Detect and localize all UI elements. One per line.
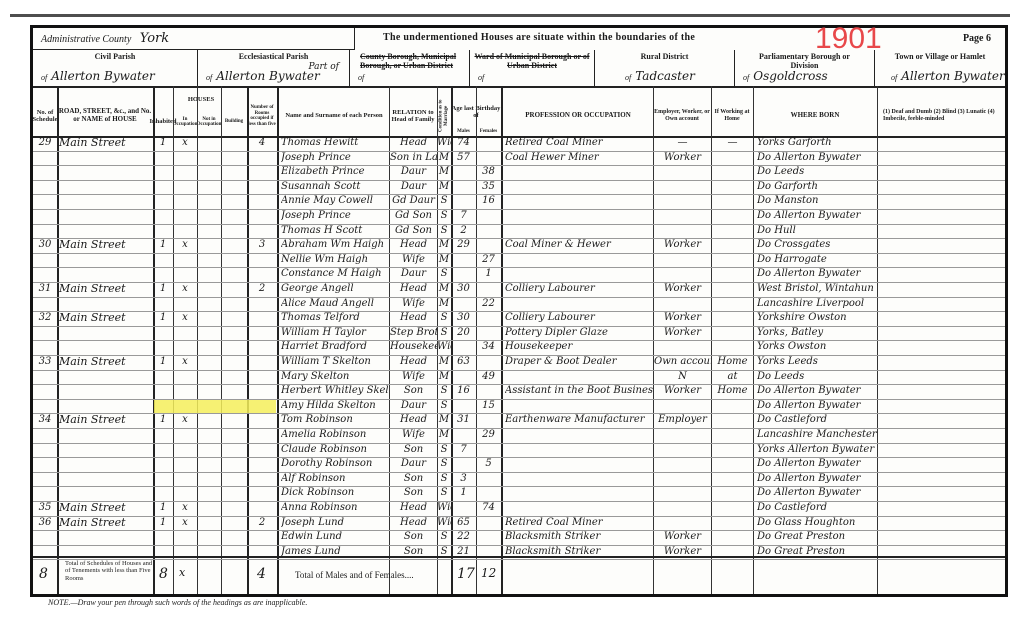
- cell-male-age: 16: [451, 384, 476, 399]
- cell-condition: M: [437, 151, 451, 166]
- cell-inhabited: 1: [153, 282, 173, 297]
- total-females: 12: [481, 566, 496, 580]
- cell-rooms: [247, 253, 277, 268]
- table-row: William H TaylorStep BrotherS20Pottery D…: [33, 326, 1005, 342]
- cell-occupation: Earthenware Manufacturer: [505, 413, 653, 428]
- cell-condition: M: [437, 370, 451, 385]
- cell-inhabited: [153, 297, 173, 312]
- cell-uninhab: [173, 253, 197, 268]
- cell-occupation: Colliery Labourer: [505, 282, 653, 297]
- cell-schedule: 33: [33, 355, 57, 370]
- cell-road: [59, 472, 153, 487]
- cell-name: William T Skelton: [281, 355, 389, 370]
- cell-road: [59, 486, 153, 501]
- county-borough-label: County Borough, Municipal Borough, or Ur…: [360, 52, 469, 70]
- cell-name: Anna Robinson: [281, 501, 389, 516]
- cell-male-age: 2: [451, 224, 476, 239]
- cell-male-age: [451, 165, 476, 180]
- cell-occupation: [505, 297, 653, 312]
- admin-county: Administrative County York: [33, 28, 355, 50]
- cell-uninhab: x: [173, 282, 197, 297]
- cell-occupation: [505, 486, 653, 501]
- table-row: Dick RobinsonSonS1Do Allerton Bywater: [33, 486, 1005, 502]
- cell-home: [712, 253, 753, 268]
- cell-home: [712, 340, 753, 355]
- table-row: Amy Hilda SkeltonDaurS15Do Allerton Bywa…: [33, 399, 1005, 415]
- table-row: 31Main Street1x2George AngellHeadM30Coll…: [33, 282, 1005, 298]
- cell-male-age: 7: [451, 209, 476, 224]
- cell-home: [712, 399, 753, 414]
- cell-male-age: [451, 428, 476, 443]
- cell-occupation: [505, 253, 653, 268]
- cell-employer: [654, 209, 711, 224]
- cell-born: Do Castleford: [757, 413, 877, 428]
- cell-name: Dorothy Robinson: [281, 457, 389, 472]
- cell-schedule: [33, 457, 57, 472]
- cell-relation: Gd Daur: [390, 194, 437, 209]
- cell-home: [712, 238, 753, 253]
- totals-row: 8 Total of Schedules of Houses and of Te…: [33, 556, 1005, 594]
- cell-male-age: 65: [451, 516, 476, 531]
- cell-male-age: 7: [451, 443, 476, 458]
- cell-uninhab: [173, 472, 197, 487]
- cell-male-age: [451, 194, 476, 209]
- cell-relation: Son in Law: [390, 151, 437, 166]
- cell-road: [59, 530, 153, 545]
- cell-condition: Widr: [437, 501, 451, 516]
- cell-road: Main Street: [59, 516, 153, 531]
- cell-inhabited: 1: [153, 311, 173, 326]
- cell-home: [712, 530, 753, 545]
- cell-born: Yorks Garforth: [757, 136, 877, 151]
- cell-name: Joseph Prince: [281, 209, 389, 224]
- cell-rooms: 3: [247, 238, 277, 253]
- cell-born: Do Allerton Bywater: [757, 472, 877, 487]
- cell-female-age: [476, 384, 501, 399]
- cell-occupation: [505, 457, 653, 472]
- cell-occupation: Assistant in the Boot Business: [505, 384, 653, 399]
- cell-home: [712, 165, 753, 180]
- cell-condition: Widr: [437, 340, 451, 355]
- cell-female-age: 1: [476, 267, 501, 282]
- cell-name: Elizabeth Prince: [281, 165, 389, 180]
- cell-uninhab: [173, 486, 197, 501]
- cell-schedule: [33, 472, 57, 487]
- table-row: Nellie Wm HaighWifeM27Do Harrogate: [33, 253, 1005, 269]
- cell-relation: Head: [390, 136, 437, 151]
- cell-road: [59, 340, 153, 355]
- cell-male-age: 22: [451, 530, 476, 545]
- cell-rooms: [247, 428, 277, 443]
- cell-schedule: [33, 151, 57, 166]
- table-row: Claude RobinsonSonS7Yorks Allerton Bywat…: [33, 443, 1005, 459]
- cell-uninhab: [173, 297, 197, 312]
- cell-born: Do Allerton Bywater: [757, 384, 877, 399]
- cell-relation: Head: [390, 501, 437, 516]
- cell-name: Amy Hilda Skelton: [281, 399, 389, 414]
- cell-born: Yorks, Batley: [757, 326, 877, 341]
- cell-rooms: [247, 194, 277, 209]
- table-row: Herbert Whitley SkeltonSonS16Assistant i…: [33, 384, 1005, 400]
- parliamentary-borough: Parliamentary Borough or Division ofOsgo…: [735, 50, 875, 86]
- cell-uninhab: [173, 370, 197, 385]
- cell-rooms: [247, 340, 277, 355]
- cell-occupation: Pottery Dipler Glaze: [505, 326, 653, 341]
- cell-male-age: [451, 370, 476, 385]
- of-label: of: [743, 73, 749, 82]
- cell-employer: [654, 399, 711, 414]
- cell-relation: Head: [390, 282, 437, 297]
- cell-female-age: [476, 355, 501, 370]
- header-houses: HOUSES: [153, 96, 249, 108]
- cell-road: [59, 253, 153, 268]
- cell-employer: Worker: [654, 326, 711, 341]
- cell-employer: [654, 472, 711, 487]
- cell-employer: N: [654, 370, 711, 385]
- ecclesiastical-parish-label: Ecclesiastical Parish: [198, 52, 349, 61]
- cell-inhabited: [153, 151, 173, 166]
- cell-schedule: 31: [33, 282, 57, 297]
- cell-rooms: [247, 370, 277, 385]
- cell-home: [712, 224, 753, 239]
- cell-relation: Head: [390, 238, 437, 253]
- cell-road: [59, 428, 153, 443]
- cell-uninhab: x: [173, 136, 197, 151]
- cell-road: [59, 209, 153, 224]
- cell-female-age: 74: [476, 501, 501, 516]
- cell-home: [712, 267, 753, 282]
- cell-schedule: [33, 326, 57, 341]
- cell-relation: Wife: [390, 297, 437, 312]
- cell-road: [59, 267, 153, 282]
- header-born: WHERE BORN: [753, 96, 877, 136]
- of-label: of: [41, 73, 47, 82]
- cell-employer: [654, 224, 711, 239]
- rural-district-value: Tadcaster: [635, 69, 695, 83]
- cell-male-age: [451, 457, 476, 472]
- cell-schedule: 29: [33, 136, 57, 151]
- cell-condition: S: [437, 224, 451, 239]
- cell-inhabited: [153, 486, 173, 501]
- header-employer: Employer, Worker, or Own account: [653, 96, 711, 136]
- cell-relation: Son: [390, 384, 437, 399]
- cell-name: Thomas Telford: [281, 311, 389, 326]
- cell-uninhab: [173, 165, 197, 180]
- cell-born: Do Allerton Bywater: [757, 151, 877, 166]
- table-row: Joseph PrinceGd SonS7Do Allerton Bywater: [33, 209, 1005, 225]
- table-row: 29Main Street1x4Thomas HewittHeadWidr74R…: [33, 136, 1005, 152]
- cell-male-age: 74: [451, 136, 476, 151]
- cell-born: Do Leeds: [757, 370, 877, 385]
- cell-road: [59, 180, 153, 195]
- cell-schedule: [33, 209, 57, 224]
- cell-home: [712, 457, 753, 472]
- cell-occupation: Coal Miner & Hewer: [505, 238, 653, 253]
- cell-born: Do Glass Houghton: [757, 516, 877, 531]
- cell-employer: [654, 267, 711, 282]
- cell-born: Yorkshire Owston: [757, 311, 877, 326]
- cell-rooms: [247, 457, 277, 472]
- cell-employer: —: [654, 136, 711, 151]
- column-headers: No. of Schedule ROAD, STREET, &c., and N…: [33, 96, 1005, 138]
- total-schedules-label: Total of Schedules of Houses and of Tene…: [65, 560, 155, 582]
- cell-rooms: [247, 297, 277, 312]
- cell-male-age: 1: [451, 486, 476, 501]
- cell-male-age: 30: [451, 282, 476, 297]
- cell-relation: Housekeeper: [390, 340, 437, 355]
- cell-born: Do Allerton Bywater: [757, 486, 877, 501]
- civil-parish-value: Allerton Bywater: [51, 69, 154, 83]
- header-males: Males: [451, 128, 476, 136]
- cell-uninhab: [173, 224, 197, 239]
- cell-home: [712, 413, 753, 428]
- table-row: Edwin LundSonS22Blacksmith StrikerWorker…: [33, 530, 1005, 546]
- cell-rooms: [247, 530, 277, 545]
- cell-uninhab: [173, 151, 197, 166]
- cell-relation: Head: [390, 311, 437, 326]
- cell-uninhab: x: [173, 501, 197, 516]
- rural-district: Rural District ofTadcaster: [595, 50, 735, 86]
- cell-female-age: 38: [476, 165, 501, 180]
- area-header: Civil Parish ofAllerton Bywater Ecclesia…: [33, 50, 1005, 88]
- boundary-text: The undermentioned Houses are situate wi…: [383, 32, 695, 43]
- cell-name: Joseph Prince: [281, 151, 389, 166]
- cell-inhabited: 1: [153, 501, 173, 516]
- cell-relation: Head: [390, 413, 437, 428]
- table-row: 33Main Street1xWilliam T SkeltonHeadM63D…: [33, 355, 1005, 371]
- cell-male-age: 30: [451, 311, 476, 326]
- cell-rooms: [247, 311, 277, 326]
- cell-uninhab: x: [173, 516, 197, 531]
- census-sheet: Administrative County York The underment…: [30, 25, 1008, 597]
- cell-road: [59, 399, 153, 414]
- cell-inhabited: [153, 370, 173, 385]
- cell-condition: M: [437, 165, 451, 180]
- cell-home: [712, 209, 753, 224]
- cell-female-age: [476, 443, 501, 458]
- header-home: If Working at Home: [711, 96, 753, 136]
- cell-relation: Gd Son: [390, 209, 437, 224]
- table-row: 32Main Street1xThomas TelfordHeadS30Coll…: [33, 311, 1005, 327]
- cell-uninhab: [173, 399, 197, 414]
- cell-employer: Own account: [654, 355, 711, 370]
- cell-inhabited: [153, 428, 173, 443]
- cell-name: Joseph Lund: [281, 516, 389, 531]
- cell-employer: Worker: [654, 311, 711, 326]
- of-label: of: [358, 73, 364, 82]
- cell-male-age: [451, 180, 476, 195]
- cell-female-age: [476, 516, 501, 531]
- cell-rooms: 4: [247, 136, 277, 151]
- cell-uninhab: [173, 457, 197, 472]
- cell-home: [712, 311, 753, 326]
- cell-inhabited: 1: [153, 355, 173, 370]
- cell-rooms: [247, 355, 277, 370]
- ward: Ward of Municipal Borough or of Urban Di…: [470, 50, 595, 86]
- header-building: Building: [221, 108, 247, 136]
- table-row: Susannah ScottDaurM35Do Garforth: [33, 180, 1005, 196]
- cell-born: Do Harrogate: [757, 253, 877, 268]
- cell-female-age: [476, 151, 501, 166]
- table-row: Amelia RobinsonWifeM29Lancashire Manches…: [33, 428, 1005, 444]
- cell-occupation: Retired Coal Miner: [505, 516, 653, 531]
- cell-uninhab: [173, 428, 197, 443]
- total-schedules: 8: [39, 566, 48, 582]
- cell-inhabited: [153, 165, 173, 180]
- cell-uninhab: [173, 267, 197, 282]
- cell-occupation: [505, 209, 653, 224]
- header-occupation: PROFESSION OR OCCUPATION: [503, 96, 653, 136]
- cell-occupation: [505, 472, 653, 487]
- cell-condition: M: [437, 238, 451, 253]
- cell-occupation: [505, 443, 653, 458]
- cell-male-age: [451, 501, 476, 516]
- cell-condition: S: [437, 311, 451, 326]
- cell-employer: [654, 297, 711, 312]
- admin-county-label: Administrative County: [41, 34, 131, 45]
- cell-female-age: [476, 326, 501, 341]
- cell-home: [712, 443, 753, 458]
- cell-rooms: 2: [247, 282, 277, 297]
- cell-born: West Bristol, Wintahun: [757, 282, 877, 297]
- cell-occupation: [505, 224, 653, 239]
- cell-female-age: 35: [476, 180, 501, 195]
- cell-name: Constance M Haigh: [281, 267, 389, 282]
- cell-condition: S: [437, 399, 451, 414]
- header-name: Name and Surname of each Person: [279, 96, 389, 136]
- cell-schedule: [33, 399, 57, 414]
- cell-condition: S: [437, 209, 451, 224]
- cell-employer: [654, 194, 711, 209]
- cell-male-age: 20: [451, 326, 476, 341]
- cell-inhabited: [153, 180, 173, 195]
- cell-born: Do Garforth: [757, 180, 877, 195]
- cell-name: William H Taylor: [281, 326, 389, 341]
- cell-road: [59, 457, 153, 472]
- cell-inhabited: [153, 267, 173, 282]
- header-inhabited: Inhabited: [153, 108, 173, 136]
- cell-born: Lancashire Liverpool: [757, 297, 877, 312]
- cell-female-age: 16: [476, 194, 501, 209]
- town-village-value: Allerton Bywater: [901, 69, 1004, 83]
- cell-rooms: 2: [247, 516, 277, 531]
- cell-condition: S: [437, 194, 451, 209]
- ward-label: Ward of Municipal Borough or of Urban Di…: [470, 52, 594, 70]
- cell-condition: M: [437, 180, 451, 195]
- total-rooms: 4: [257, 566, 266, 582]
- cell-born: Yorks Leeds: [757, 355, 877, 370]
- cell-name: Susannah Scott: [281, 180, 389, 195]
- cell-uninhab: x: [173, 413, 197, 428]
- cell-female-age: 34: [476, 340, 501, 355]
- cell-uninhab: [173, 384, 197, 399]
- cell-schedule: 30: [33, 238, 57, 253]
- cell-employer: [654, 165, 711, 180]
- cell-inhabited: 1: [153, 516, 173, 531]
- cell-employer: [654, 253, 711, 268]
- cell-rooms: [247, 413, 277, 428]
- header-rooms: Number of Rooms occupied if less than fi…: [247, 96, 277, 136]
- cell-name: Alice Maud Angell: [281, 297, 389, 312]
- cell-name: Dick Robinson: [281, 486, 389, 501]
- cell-condition: M: [437, 355, 451, 370]
- total-uninhabited: x: [179, 566, 185, 579]
- cell-female-age: 22: [476, 297, 501, 312]
- civil-parish: Civil Parish ofAllerton Bywater: [33, 50, 198, 86]
- cell-home: —: [712, 136, 753, 151]
- cell-born: Lancashire Manchester: [757, 428, 877, 443]
- cell-rooms: [247, 443, 277, 458]
- cell-condition: M: [437, 297, 451, 312]
- cell-occupation: [505, 180, 653, 195]
- cell-home: Home: [712, 355, 753, 370]
- table-row: Dorothy RobinsonDaurS5Do Allerton Bywate…: [33, 457, 1005, 473]
- census-rows: 29Main Street1x4Thomas HewittHeadWidr74R…: [33, 136, 1005, 564]
- cell-inhabited: 1: [153, 238, 173, 253]
- header-road: ROAD, STREET, &c., and No. or NAME of HO…: [57, 96, 153, 136]
- cell-schedule: [33, 486, 57, 501]
- cell-female-age: [476, 311, 501, 326]
- rural-district-label: Rural District: [595, 52, 734, 61]
- header-relation: RELATION to Head of Family: [389, 96, 437, 136]
- cell-road: Main Street: [59, 311, 153, 326]
- table-row: Thomas H ScottGd SonS2Do Hull: [33, 224, 1005, 240]
- cell-born: Do Allerton Bywater: [757, 457, 877, 472]
- cell-rooms: [247, 486, 277, 501]
- cell-rooms: [247, 267, 277, 282]
- cell-occupation: [505, 165, 653, 180]
- cell-road: [59, 194, 153, 209]
- cell-home: [712, 297, 753, 312]
- cell-home: [712, 180, 753, 195]
- cell-rooms: [247, 384, 277, 399]
- cell-rooms: [247, 209, 277, 224]
- cell-home: [712, 194, 753, 209]
- cell-uninhab: [173, 530, 197, 545]
- cell-relation: Daur: [390, 399, 437, 414]
- table-row: 34Main Street1xTom RobinsonHeadM31Earthe…: [33, 413, 1005, 429]
- cell-female-age: [476, 224, 501, 239]
- cell-uninhab: [173, 443, 197, 458]
- cell-inhabited: [153, 399, 173, 414]
- cell-male-age: 3: [451, 472, 476, 487]
- cell-inhabited: 1: [153, 136, 173, 151]
- cell-road: Main Street: [59, 238, 153, 253]
- cell-employer: Worker: [654, 238, 711, 253]
- cell-relation: Son: [390, 472, 437, 487]
- page-number: Page 6: [963, 33, 991, 44]
- cell-inhabited: 1: [153, 413, 173, 428]
- parliamentary-borough-value: Osgoldcross: [753, 69, 827, 83]
- cell-condition: S: [437, 443, 451, 458]
- cell-relation: Head: [390, 355, 437, 370]
- cell-name: Claude Robinson: [281, 443, 389, 458]
- cell-employer: Employer: [654, 413, 711, 428]
- cell-road: [59, 384, 153, 399]
- cell-home: [712, 486, 753, 501]
- cell-born: Do Allerton Bywater: [757, 399, 877, 414]
- cell-occupation: [505, 267, 653, 282]
- cell-condition: S: [437, 384, 451, 399]
- cell-male-age: 29: [451, 238, 476, 253]
- cell-rooms: [247, 399, 277, 414]
- table-row: Mary SkeltonWifeM49NatDo Leeds: [33, 370, 1005, 386]
- table-row: Joseph PrinceSon in LawM57Coal Hewer Min…: [33, 151, 1005, 167]
- cell-name: Herbert Whitley Skelton: [281, 384, 389, 399]
- cell-name: Amelia Robinson: [281, 428, 389, 443]
- cell-uninhab: [173, 180, 197, 195]
- cell-employer: Worker: [654, 282, 711, 297]
